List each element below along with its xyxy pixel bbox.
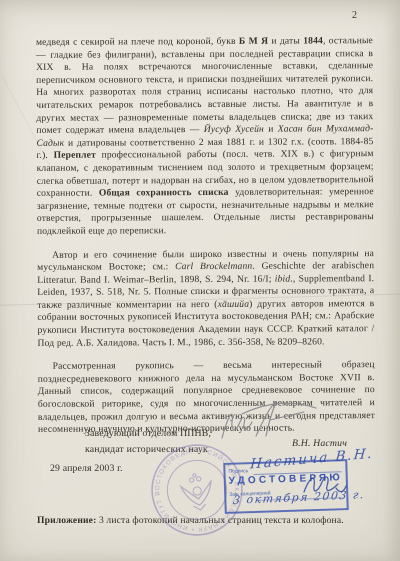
signoff-name: В.Н. Настич bbox=[292, 438, 347, 449]
stamp-label-bottom: Зав. канцелярией bbox=[229, 490, 270, 497]
body-paragraph: медведя с секирой на плече под короной, … bbox=[36, 35, 374, 238]
certification-stamp: Подпись УДОСТОВЕРЯЮ Зав. канцелярией bbox=[223, 459, 349, 514]
signoff-position-line1: Заведующий отделом ППНВ, bbox=[85, 428, 211, 439]
signoff-position-line2: кандидат исторических наук bbox=[85, 444, 208, 455]
page-number: 2 bbox=[352, 10, 357, 21]
attachment-text: 3 листа фотокопий начальных страниц текс… bbox=[96, 515, 343, 526]
stamp-label-top: Подпись bbox=[228, 468, 248, 475]
signoff-date: 29 апреля 2003 г. bbox=[50, 463, 123, 474]
double-headed-eagle-icon bbox=[179, 471, 216, 513]
document-page: 2 медведя с секирой на плече под короной… bbox=[0, 0, 400, 561]
stamp-main-text: УДОСТОВЕРЯЮ bbox=[226, 472, 346, 487]
body-paragraph: Рассмотренная рукопись — весьма интересн… bbox=[38, 359, 375, 436]
body-paragraph: Автор и его сочинение были широко извест… bbox=[37, 248, 375, 351]
attachment-line: Приложение: 3 листа фотокопий начальных … bbox=[37, 515, 382, 526]
document-body: медведя с секирой на плече под короной, … bbox=[36, 35, 375, 448]
attachment-label: Приложение: bbox=[37, 515, 96, 526]
stamp-rule bbox=[256, 497, 342, 501]
